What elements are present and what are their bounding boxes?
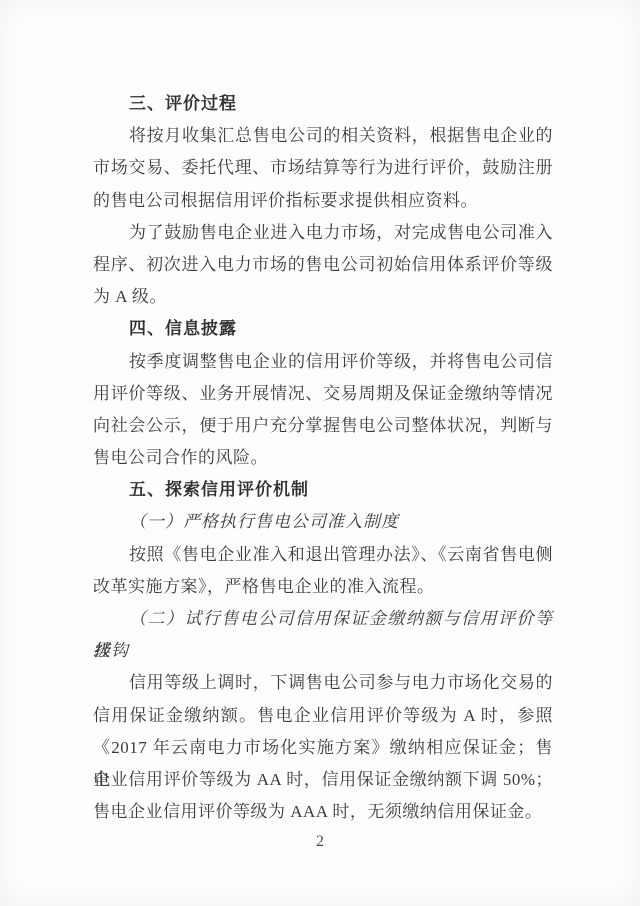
section-heading-3: 三、评价过程 [93, 88, 553, 120]
subsection-heading-2-cont: 挂钩 [93, 635, 553, 667]
text-line: 程序、初次进入电力市场的售电公司初始信用体系评价等级 [93, 249, 553, 281]
section-heading-4: 四、信息披露 [93, 313, 553, 345]
text-line: 向社会公示，便于用户充分掌握售电公司整体状况，判断与 [93, 410, 553, 442]
text-line: 的售电公司根据信用评价指标要求提供相应资料。 [93, 185, 553, 217]
text-line: 市场交易、委托代理、市场结算等行为进行评价，鼓励注册 [93, 152, 553, 184]
subsection-heading-2: （二）试行售电公司信用保证金缴纳额与信用评价等级 [93, 603, 553, 635]
text-line: 用评价等级、业务开展情况、交易周期及保证金缴纳等情况 [93, 378, 553, 410]
text-line: 售电企业信用评价等级为 AAA 时，无须缴纳信用保证金。 [93, 796, 553, 828]
text-line: 信用等级上调时，下调售电公司参与电力市场化交易的 [93, 667, 553, 699]
text-line: 《2017 年云南电力市场化实施方案》缴纳相应保证金；售电 [93, 732, 553, 764]
text-line: 为了鼓励售电企业进入电力市场，对完成售电公司准入 [93, 217, 553, 249]
text-line: 企业信用评价等级为 AA 时，信用保证金缴纳额下调 50%； [93, 764, 553, 796]
text-line: 改革实施方案》，严格售电企业的准入流程。 [93, 571, 553, 603]
page-number: 2 [0, 831, 640, 853]
text-line: 售电公司合作的风险。 [93, 442, 553, 474]
text-line: 按照《售电企业准入和退出管理办法》、《云南省售电侧 [93, 539, 553, 571]
text-line: 按季度调整售电企业的信用评价等级，并将售电公司信 [93, 346, 553, 378]
text-line: 信用保证金缴纳额。售电企业信用评价等级为 A 时，参照 [93, 700, 553, 732]
text-line: 为 A 级。 [93, 281, 553, 313]
section-heading-5: 五、探索信用评价机制 [93, 474, 553, 506]
text-line: 将按月收集汇总售电公司的相关资料，根据售电企业的 [93, 120, 553, 152]
document-page: 三、评价过程 将按月收集汇总售电公司的相关资料，根据售电企业的 市场交易、委托代… [0, 0, 640, 906]
subsection-heading-1: （一）严格执行售电公司准入制度 [93, 506, 553, 538]
document-body: 三、评价过程 将按月收集汇总售电公司的相关资料，根据售电企业的 市场交易、委托代… [93, 88, 553, 828]
